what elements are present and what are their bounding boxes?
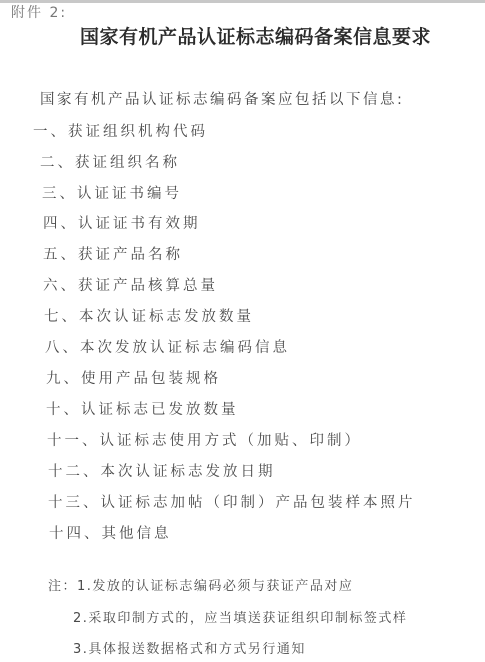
list-item: 十二、本次认证标志发放日期 bbox=[48, 460, 276, 481]
top-border bbox=[0, 0, 485, 3]
list-item: 六、获证产品核算总量 bbox=[43, 274, 218, 295]
list-item: 十三、认证标志加帖（印制）产品包装样本照片 bbox=[48, 491, 416, 512]
list-item: 三、认证证书编号 bbox=[42, 182, 182, 203]
list-item: 五、获证产品名称 bbox=[43, 243, 183, 264]
list-item: 二、获证组织名称 bbox=[40, 151, 180, 172]
list-item: 十一、认证标志使用方式（加贴、印制） bbox=[47, 429, 362, 450]
document-title: 国家有机产品认证标志编码备案信息要求 bbox=[80, 22, 431, 49]
list-item: 四、认证证书有效期 bbox=[43, 212, 201, 233]
attachment-label: 附件 2: bbox=[11, 2, 67, 22]
list-item: 七、本次认证标志发放数量 bbox=[44, 305, 254, 326]
note-item: 3.具体报送数据格式和方式另行通知 bbox=[73, 638, 306, 657]
note-item: 注：1.发放的认证标志编码必须与获证产品对应 bbox=[48, 575, 353, 594]
note-item: 2.采取印制方式的，应当填送获证组织印制标签式样 bbox=[73, 607, 407, 626]
list-item: 十、认证标志已发放数量 bbox=[46, 398, 239, 419]
list-item: 一、获证组织机构代码 bbox=[33, 120, 208, 141]
list-item: 十四、其他信息 bbox=[49, 522, 172, 543]
list-item: 九、使用产品包装规格 bbox=[46, 367, 221, 388]
intro-text: 国家有机产品认证标志编码备案应包括以下信息: bbox=[40, 88, 404, 109]
list-item: 八、本次发放认证标志编码信息 bbox=[45, 336, 290, 357]
